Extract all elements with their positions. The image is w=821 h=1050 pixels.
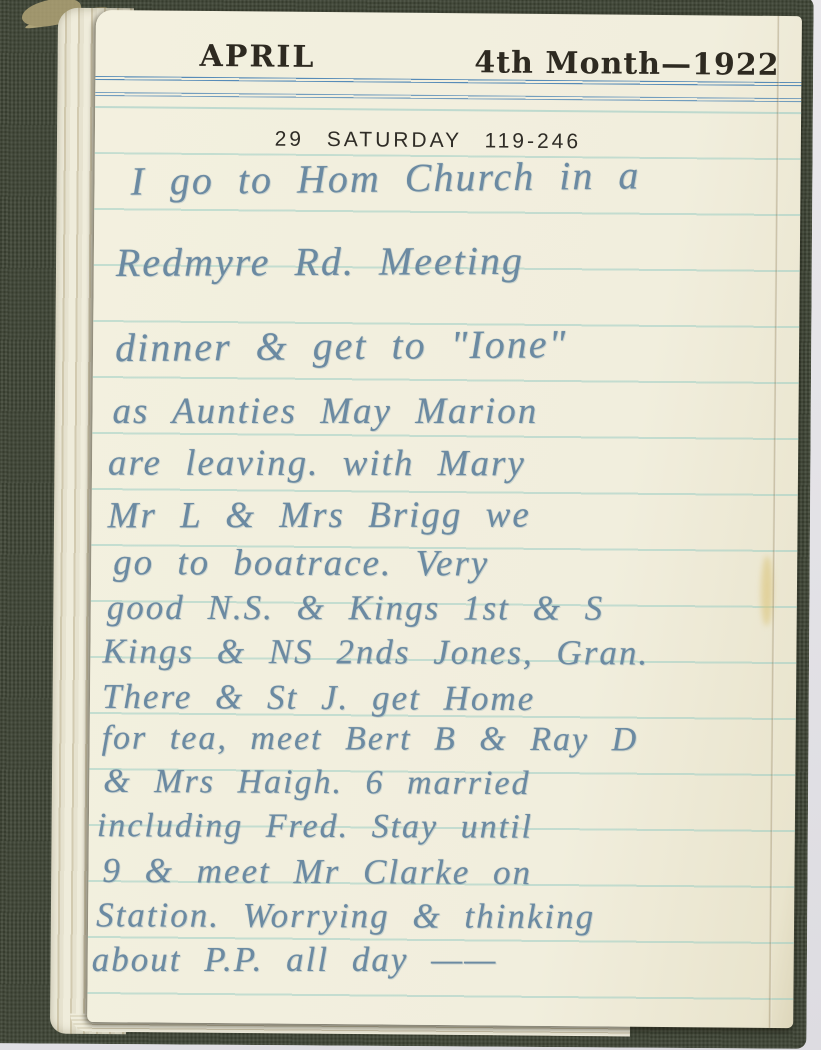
day-number: 29 <box>275 128 305 151</box>
handwriting-line: Mr L & Mrs Brigg we <box>108 494 531 538</box>
month-year-heading: 4th Month—1922 <box>474 45 779 83</box>
day-of-year-count: 119-246 <box>484 129 581 153</box>
handwriting-line: good N.S. & Kings 1st & S <box>107 588 604 629</box>
month-heading: APRIL <box>199 39 315 75</box>
handwriting-line: Redmyre Rd. Meeting <box>116 237 524 286</box>
scanned-diary-photo: APRIL 4th Month—1922 29 SATURDAY 119-246… <box>0 0 821 1050</box>
handwriting-line: & Mrs Haigh. 6 married <box>103 763 530 803</box>
diary-page: APRIL 4th Month—1922 29 SATURDAY 119-246… <box>87 10 802 1028</box>
handwriting-line: including Fred. Stay until <box>97 807 533 847</box>
printed-date-line: 29 SATURDAY 119-246 <box>95 126 761 156</box>
handwriting-line: as Aunties May Marion <box>113 390 539 433</box>
handwriting-line: Station. Worrying & thinking <box>96 895 595 937</box>
handwriting-line: dinner & get to "Ione" <box>115 320 568 371</box>
page-fold-crease <box>768 16 780 1028</box>
handwriting-line: for tea, meet Bert B & Ray D <box>102 719 639 759</box>
handwriting-line: about P.P. all day —— <box>92 940 498 980</box>
header-rule-line-faint <box>95 106 801 114</box>
handwriting-line: I go to Hom Church in a <box>130 151 640 204</box>
day-name: SATURDAY <box>327 128 462 152</box>
handwriting-line: go to boatrace. Very <box>113 541 489 585</box>
handwriting-line: Kings & NS 2nds Jones, Gran. <box>102 632 649 674</box>
handwriting-line: are leaving. with Mary <box>108 442 526 486</box>
handwriting-line: 9 & meet Mr Clarke on <box>102 851 532 893</box>
handwriting-line: There & St J. get Home <box>102 677 535 719</box>
header-rule-line <box>95 92 801 102</box>
